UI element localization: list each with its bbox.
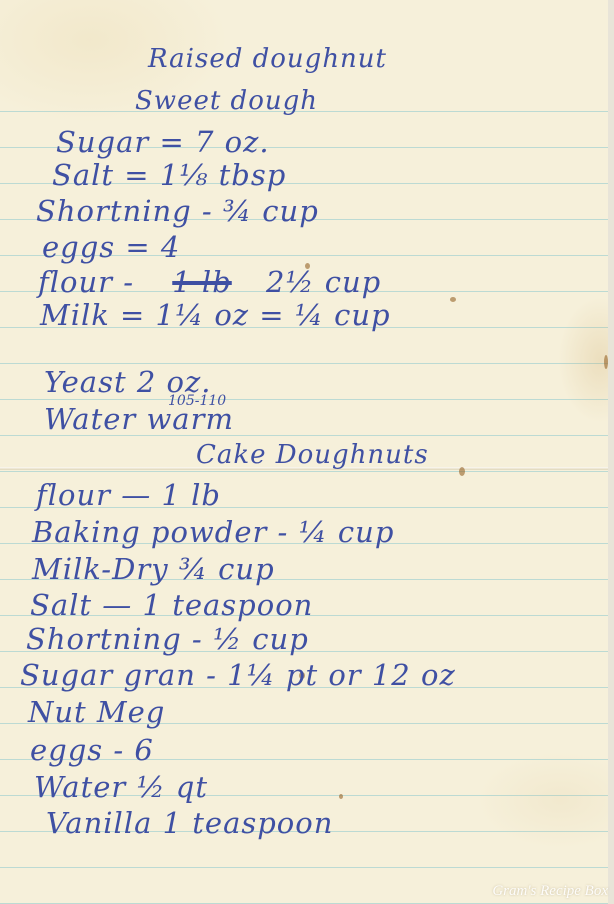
stain — [450, 297, 456, 302]
stain — [459, 467, 465, 476]
ingredient-shortening: Shortning - ½ cup — [26, 622, 309, 656]
ingredient-salt: Salt — 1 teaspoon — [30, 588, 313, 622]
watermark: Gram's Recipe Box — [492, 883, 608, 900]
ingredient-water: Water warm — [44, 402, 234, 436]
stain — [604, 355, 608, 369]
ingredient-dry-milk: Milk-Dry ¾ cup — [32, 552, 275, 586]
ingredient-flour: flour — 1 lb — [36, 478, 221, 512]
ingredient-sugar: Sugar gran - 1¼ pt or 12 oz — [20, 658, 456, 692]
recipe-title-cake: Cake Doughnuts — [196, 440, 429, 470]
ingredient-water: Water ½ qt — [34, 770, 208, 804]
ingredient-salt: Salt = 1⅛ tbsp — [52, 158, 286, 192]
recipe-subtitle-sweet-dough: Sweet dough — [135, 86, 318, 116]
paper-edge — [608, 0, 614, 904]
ingredient-sugar: Sugar = 7 oz. — [56, 125, 270, 159]
flour-struck-amount: 1 lb — [172, 265, 232, 299]
ingredient-eggs: eggs - 6 — [30, 733, 154, 767]
flour-amount: 2½ cup — [266, 265, 381, 299]
recipe-title-raised: Raised doughnut — [148, 44, 387, 74]
ingredient-vanilla: Vanilla 1 teaspoon — [46, 806, 333, 840]
ingredient-nutmeg: Nut Meg — [28, 695, 165, 729]
ingredient-milk: Milk = 1¼ oz = ¼ cup — [40, 298, 391, 332]
ingredient-baking-powder: Baking powder - ¼ cup — [32, 515, 394, 549]
ingredient-flour: flour - 1 lb 2½ cup — [38, 265, 381, 299]
ingredient-shortening: Shortning - ¾ cup — [36, 194, 319, 228]
flour-label: flour - — [38, 265, 134, 299]
ingredient-eggs: eggs = 4 — [42, 230, 180, 264]
stain — [339, 794, 343, 799]
